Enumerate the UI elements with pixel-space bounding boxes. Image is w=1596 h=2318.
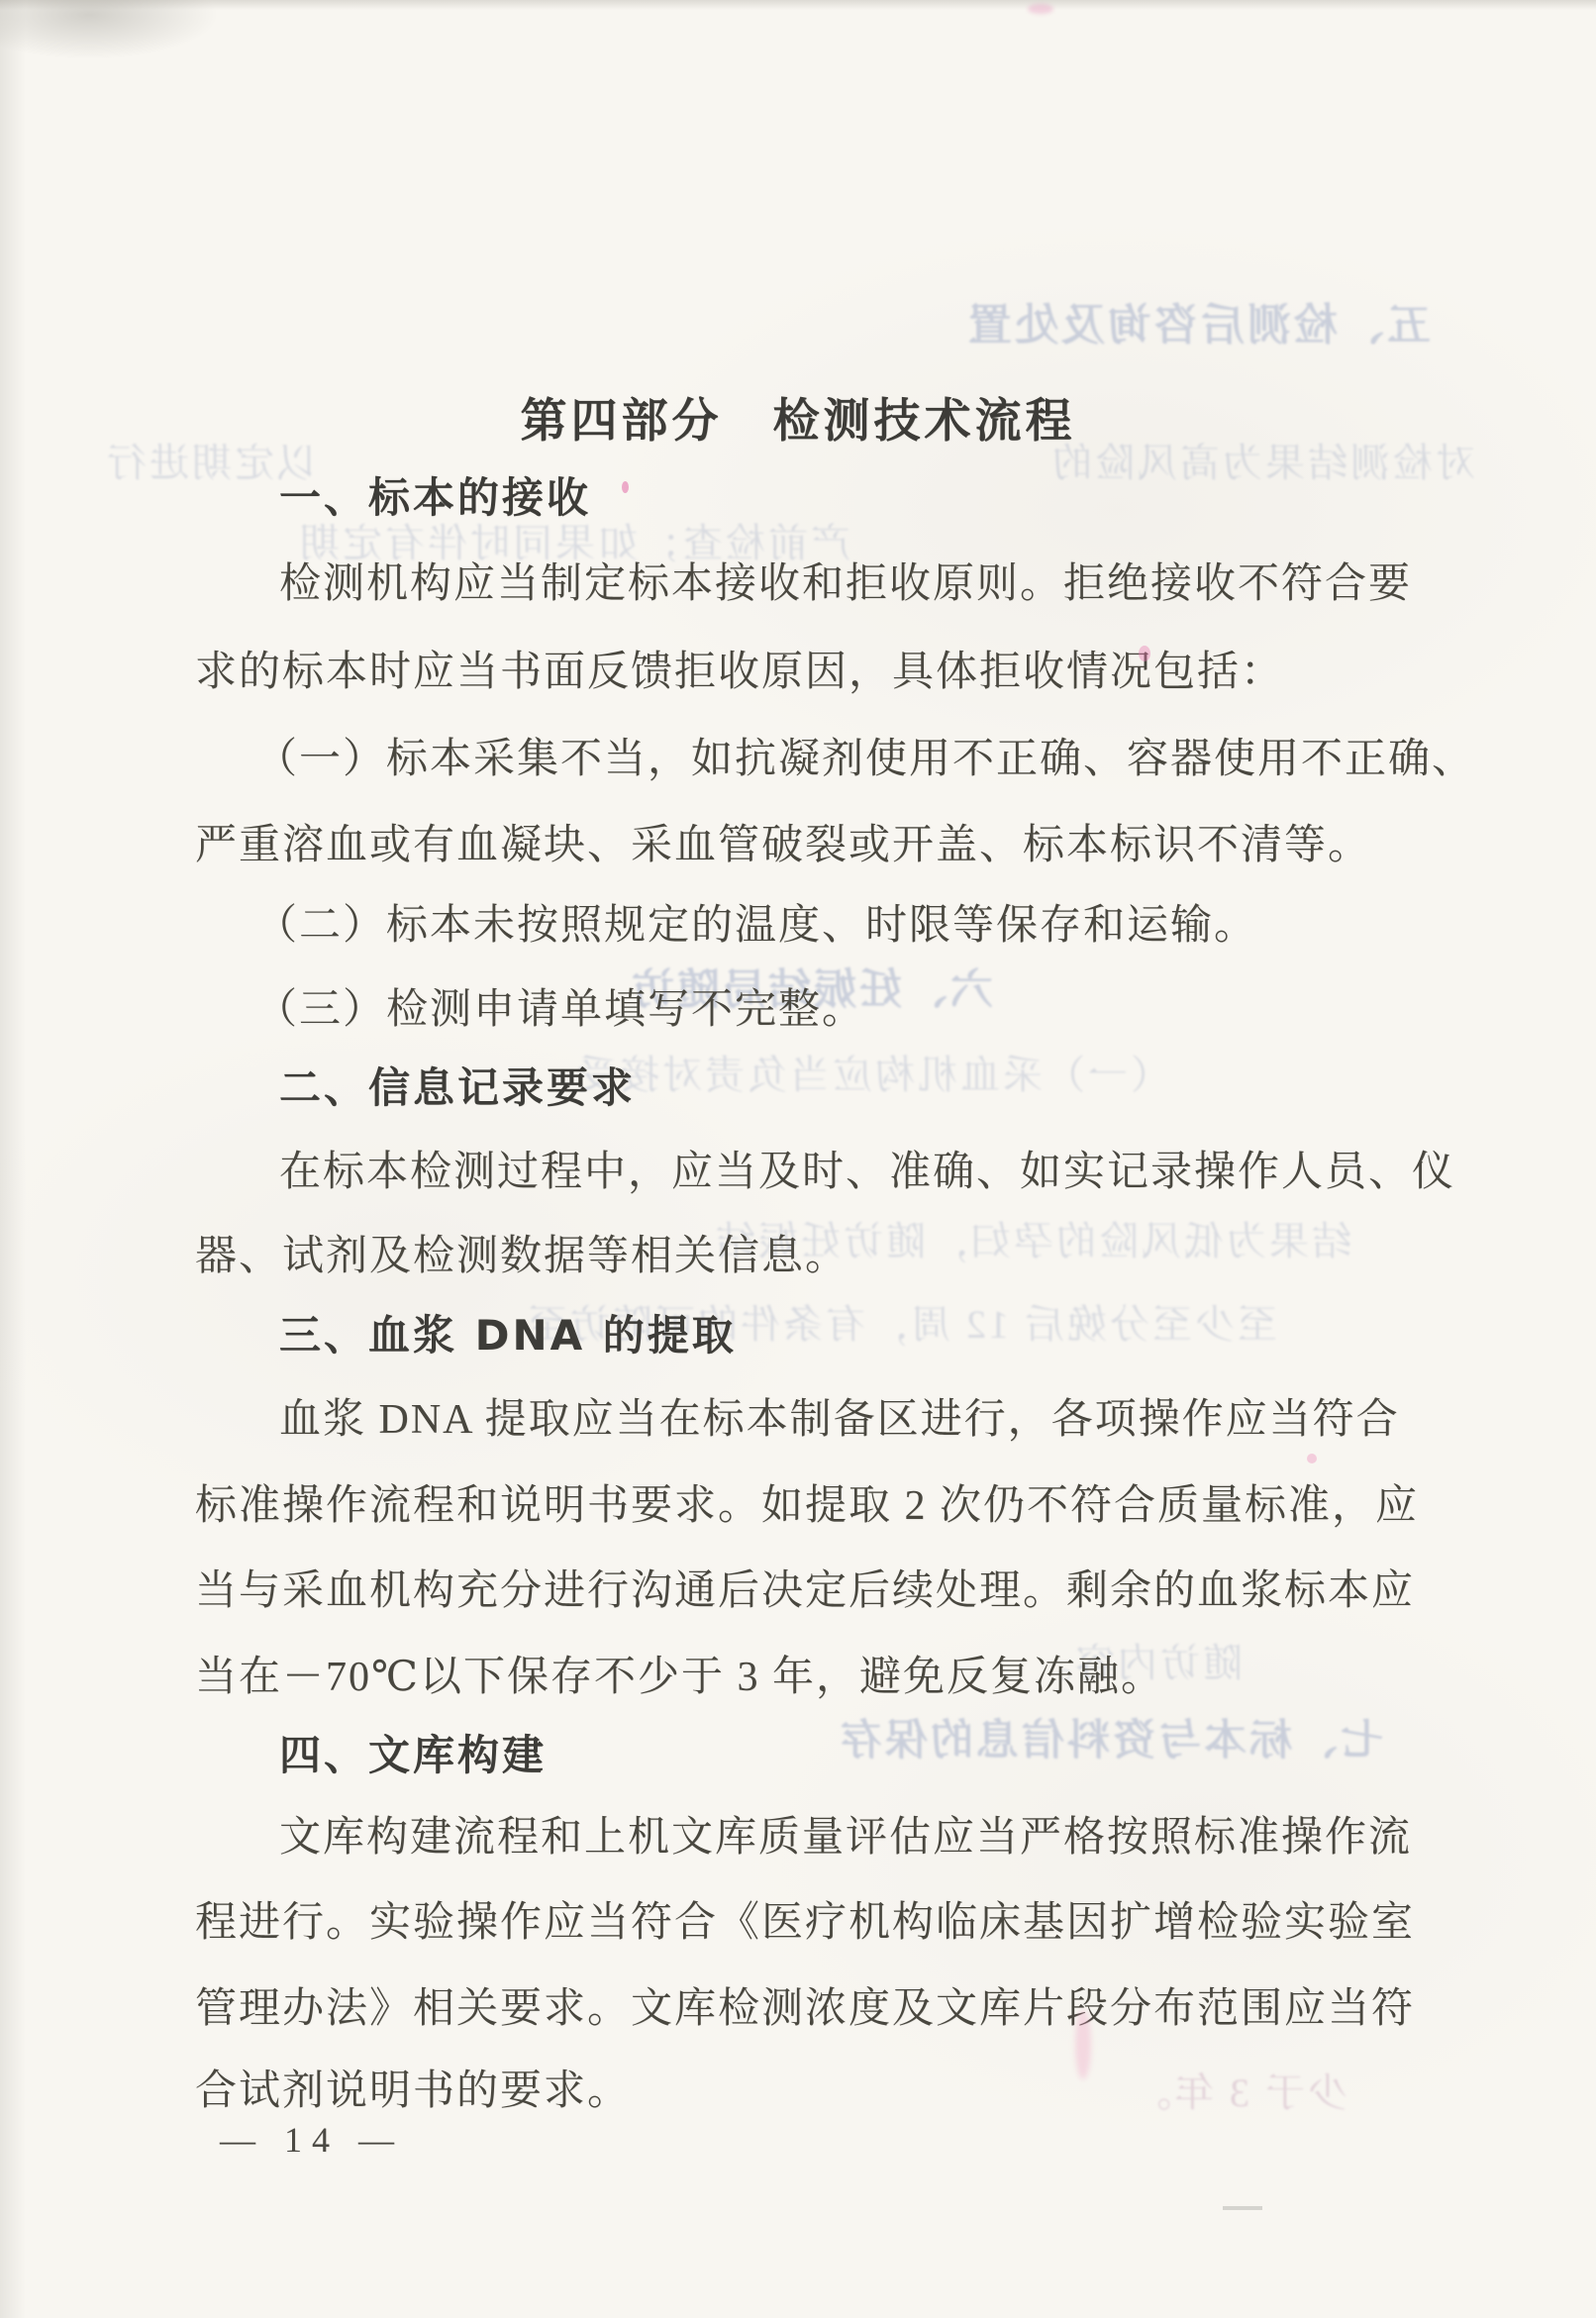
pink-speck [622,481,629,493]
page-number: — 14 — [220,2119,404,2161]
bleed-through-text: 少于 3 年。 [1129,2062,1347,2118]
bleed-through-text: （一）采血机构应当负责对接受 [574,1044,1170,1100]
body-line: 当在－70℃以下保存不少于 3 年，避免反复冻融。 [195,1644,1164,1703]
section-heading-3: 三、血浆 DNA 的提取 [279,1303,737,1362]
bleed-through-text: 七、标本与资料信息的保存 [837,1707,1383,1767]
body-line: 文库构建流程和上机文库质量评估应当严格按照标准操作流 [279,1804,1412,1864]
body-line: 求的标本时应当书面反馈拒收原因，具体拒收情况包括： [195,639,1284,698]
body-line: 管理办法》相关要求。文库检测浓度及文库片段分布范围应当符 [195,1975,1415,2035]
body-line: （三）检测申请单填写不完整。 [255,976,865,1036]
body-line: 当与采血机构充分进行沟通后决定后续处理。剩余的血浆标本应 [195,1558,1415,1617]
section-heading-1: 一、标本的接收 [279,465,591,525]
body-line: （二）标本未按照规定的温度、时限等保存和运输。 [255,892,1257,952]
body-line: （一）标本采集不当，如抗凝剂使用不正确、容器使用不正确、 [255,726,1475,785]
body-line: 程进行。实验操作应当符合《医疗机构临床基因扩增检验实验室 [195,1889,1415,1949]
body-line: 标准操作流程和说明书要求。如提取 2 次仍不符合质量标准，应 [195,1472,1419,1532]
bleed-through-text: 五、检测后咨询及处置 [965,289,1431,353]
pink-speck [1028,4,1053,14]
scan-mark [1223,2206,1262,2210]
scanned-document-page: 五、检测后咨询及处置 对检测结果为高风险的 以定期进行 产前检查；如果同时伴有定… [0,0,1596,2318]
pink-speck [1075,2010,1091,2079]
section-heading-4: 四、文库构建 [279,1723,547,1782]
body-line: 检测机构应当制定标本接收和拒收原则。拒绝接收不符合要 [279,551,1412,610]
scan-edge-shadow-top [0,0,1596,10]
scan-edge-shadow-left [0,0,26,2318]
body-line: 合试剂说明书的要求。 [195,2058,631,2117]
body-line: 在标本检测过程中，应当及时、准确、如实记录操作人员、仪 [279,1139,1455,1198]
doc-title: 第四部分 检测技术流程 [0,384,1596,451]
body-line: 血浆 DNA 提取应当在标本制备区进行，各项操作应当符合 [279,1386,1400,1446]
body-line: 器、试剂及检测数据等相关信息。 [195,1223,848,1282]
scan-corner-smudge [0,0,218,59]
section-heading-2: 二、信息记录要求 [279,1056,636,1115]
pink-speck [1307,1454,1317,1463]
pink-speck [1139,646,1150,661]
body-line: 严重溶血或有血凝块、采血管破裂或开盖、标本标识不清等。 [195,812,1371,871]
